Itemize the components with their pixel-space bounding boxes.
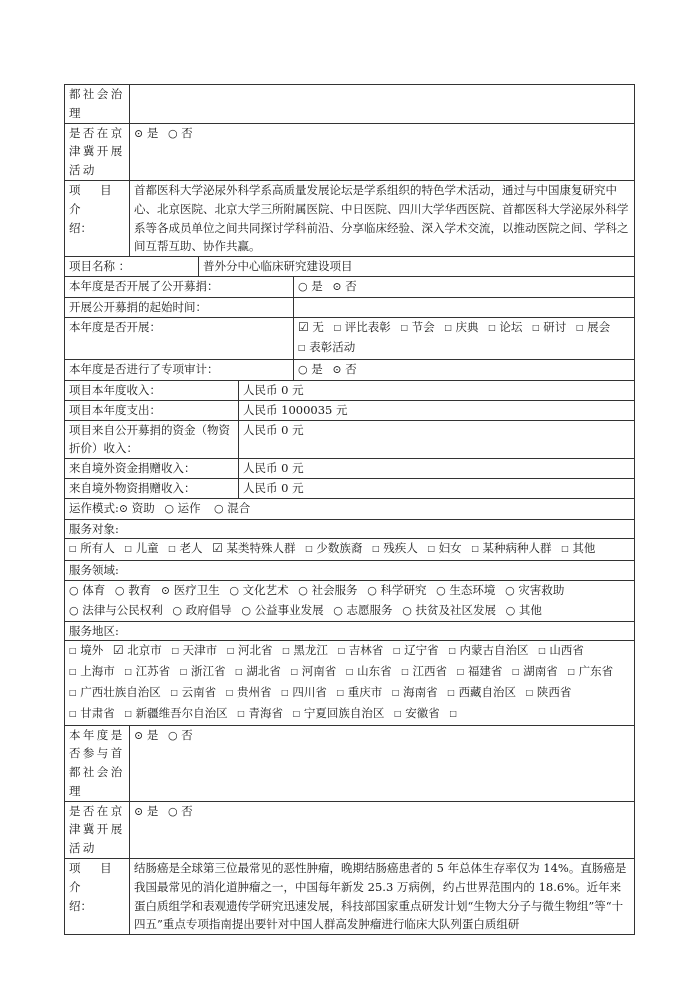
checkbox-region[interactable]: □ 江西省 — [401, 664, 447, 678]
finance-label: 项目来自公开募捐的资金（物资折价）收入： — [65, 420, 239, 459]
region-label: 江苏省 — [136, 664, 171, 678]
jingjinji-options: ⊙ 是 ○ 否 — [130, 801, 635, 858]
checkbox-women[interactable]: □ 妇女 — [427, 541, 461, 555]
radio-selected-icon: ⊙ — [134, 127, 143, 140]
checkbox-empty-icon: □ — [69, 688, 77, 697]
radio-culture-art[interactable]: ○ 文化艺术 — [229, 583, 288, 597]
capital-governance-label: 都社会治理 — [65, 85, 130, 124]
checkbox-empty-icon: □ — [235, 667, 243, 676]
checkbox-region[interactable]: □ 福建省 — [457, 664, 503, 678]
checkbox-region[interactable]: □ 海南省 — [392, 685, 438, 699]
checkbox-empty-icon: □ — [180, 667, 188, 676]
service-regions-options: □ 境外 ☑ 北京市 □ 天津市 □ 河北省 □ 黑龙江 □ 吉林省 □ 辽宁省… — [65, 641, 635, 725]
form-document: 都社会治理 是否在京津冀开展活动 ⊙ 是 ○ 否 项 目 介绍： 首都医科大学泌… — [64, 84, 634, 935]
checkbox-region[interactable]: □ 四川省 — [281, 685, 327, 699]
checkbox-festival[interactable]: □ 节会 — [400, 320, 434, 334]
checkbox-exhibition[interactable]: □ 展会 — [576, 320, 610, 334]
radio-scientific-research[interactable]: ○ 科学研究 — [367, 583, 426, 597]
radio-empty-icon: ○ — [164, 502, 174, 515]
region-label: 湖北省 — [246, 664, 281, 678]
checkbox-region[interactable]: □ 河北省 — [227, 643, 273, 657]
checkbox-empty-icon: □ — [526, 688, 534, 697]
checkbox-empty-icon: □ — [334, 323, 342, 332]
radio-selected-icon: ⊙ — [332, 363, 341, 376]
checkbox-empty-icon: □ — [69, 544, 77, 553]
checkbox-region[interactable]: □ 广东省 — [567, 664, 613, 678]
intro-label: 项 目 介绍： — [65, 180, 130, 256]
checkbox-empty-icon: □ — [291, 667, 299, 676]
region-label: 新疆维吾尔自治区 — [136, 706, 228, 720]
checkbox-region[interactable]: □ 黑龙江 — [282, 643, 328, 657]
radio-empty-icon: ○ — [402, 604, 412, 617]
region-label: 福建省 — [468, 664, 503, 678]
checkbox-region[interactable]: □ 宁夏回族自治区 — [293, 706, 385, 720]
finance-value: 人民币 0 元 — [239, 459, 635, 479]
intro-text: 首都医科大学泌尿外科学系高质量发展论坛是学系组织的特色学术活动，通过与中国康复研… — [130, 180, 635, 256]
checkbox-region[interactable]: □ 甘肃省 — [69, 706, 115, 720]
region-label: 青海省 — [248, 706, 283, 720]
checkbox-checked-icon: ☑ — [298, 320, 309, 334]
checkbox-empty-icon: □ — [393, 646, 401, 655]
service-fields-label: 服务领域: — [65, 561, 635, 581]
checkbox-other[interactable]: □ 其他 — [561, 541, 595, 555]
checkbox-empty-icon: □ — [293, 709, 301, 718]
checkbox-region[interactable]: □ 重庆市 — [337, 685, 383, 699]
checkbox-empty-icon: □ — [237, 709, 245, 718]
finance-value: 人民币 0 元 — [239, 420, 635, 459]
row-capital-governance-1: 都社会治理 — [65, 85, 635, 124]
checkbox-empty-icon: □ — [338, 646, 346, 655]
checkbox-forum[interactable]: □ 论坛 — [488, 320, 522, 334]
radio-no[interactable]: ⊙ 否 — [332, 362, 356, 376]
checkbox-region[interactable]: □ 境外 — [69, 643, 103, 657]
checkbox-empty-icon: □ — [392, 688, 400, 697]
checkbox-empty-icon: □ — [567, 667, 575, 676]
radio-empty-icon: ○ — [506, 604, 516, 617]
checkbox-region[interactable]: □ 浙江省 — [180, 664, 226, 678]
checkbox-empty-icon: □ — [401, 667, 409, 676]
intro-text: 结肠癌是全球第三位最常见的恶性肿瘤，晚期结肠癌患者的 5 年总体生存率仅为 14… — [130, 859, 635, 935]
checkbox-everyone[interactable]: □ 所有人 — [69, 541, 115, 555]
checkbox-region[interactable]: □ 山西省 — [538, 643, 584, 657]
checkbox-empty-icon: □ — [532, 323, 540, 332]
row-finance-foreign-goods: 来自境外物资捐赠收入： 人民币 0 元 — [65, 478, 635, 498]
row-service-fields-label: 服务领域: — [65, 561, 635, 581]
checkbox-empty-icon: □ — [171, 646, 179, 655]
radio-education[interactable]: ○ 教育 — [115, 583, 151, 597]
region-label: 云南省 — [182, 685, 217, 699]
region-label: 北京市 — [127, 643, 162, 657]
radio-no[interactable]: ○ 否 — [168, 126, 193, 140]
region-label: 河南省 — [302, 664, 337, 678]
finance-label: 来自境外资金捐赠收入： — [65, 459, 239, 479]
checkbox-empty-icon: □ — [298, 343, 306, 352]
region-label: 上海市 — [80, 664, 115, 678]
region-label: 安徽省 — [405, 706, 440, 720]
checkbox-empty-icon: □ — [400, 323, 408, 332]
service-fields-options: ○ 体育 ○ 教育 ⊙ 医疗卫生 ○ 文化艺术 ○ 社会服务 ○ 科学研究 ○ … — [65, 580, 635, 621]
operation-mode-cell: 运作模式:⊙ 资助 ○ 运作 ○ 混合 — [65, 498, 635, 519]
region-label: 宁夏回族自治区 — [304, 706, 385, 720]
project-form-table: 都社会治理 是否在京津冀开展活动 ⊙ 是 ○ 否 项 目 介绍： 首都医科大学泌… — [64, 84, 635, 935]
capital-governance-label: 本年度是否参与首都社会治理 — [65, 725, 130, 801]
fundraising-start-label: 开展公开募捐的起始时间： — [65, 297, 294, 317]
radio-no[interactable]: ○ 否 — [168, 804, 193, 818]
finance-value: 人民币 1000035 元 — [239, 400, 635, 420]
region-label: 山西省 — [549, 643, 584, 657]
radio-grant[interactable]: ⊙ 资助 — [119, 501, 155, 515]
checkbox-region[interactable]: □ 上海市 — [69, 664, 115, 678]
checkbox-empty-icon: □ — [170, 688, 178, 697]
checkbox-elderly[interactable]: □ 老人 — [168, 541, 202, 555]
radio-social-services[interactable]: ○ 社会服务 — [298, 583, 357, 597]
region-label: 湖南省 — [523, 664, 558, 678]
region-label: 海南省 — [403, 685, 438, 699]
service-regions-label: 服务地区: — [65, 621, 635, 641]
checkbox-empty-icon: □ — [69, 646, 77, 655]
checkbox-empty-icon: □ — [124, 667, 132, 676]
region-label: 吉林省 — [349, 643, 384, 657]
finance-label: 项目本年度支出： — [65, 400, 239, 420]
row-special-audit: 本年度是否进行了专项审计： ○ 是 ⊙ 否 — [65, 360, 635, 381]
row-service-regions: □ 境外 ☑ 北京市 □ 天津市 □ 河北省 □ 黑龙江 □ 吉林省 □ 辽宁省… — [65, 641, 635, 725]
row-service-fields: ○ 体育 ○ 教育 ⊙ 医疗卫生 ○ 文化艺术 ○ 社会服务 ○ 科学研究 ○ … — [65, 580, 635, 621]
radio-policy-advocacy[interactable]: ○ 政府倡导 — [172, 603, 231, 617]
radio-empty-icon: ○ — [168, 805, 178, 818]
checkbox-empty-icon: □ — [227, 646, 235, 655]
radio-empty-icon: ○ — [241, 604, 251, 617]
region-label: 黑龙江 — [293, 643, 328, 657]
row-service-targets: □ 所有人 □ 儿童 □ 老人 ☑ 某类特殊人群 □ 少数族裔 □ 残疾人 □ … — [65, 539, 635, 561]
checkbox-region[interactable]: □ 西藏自治区 — [447, 685, 516, 699]
checkbox-empty-icon: □ — [457, 667, 465, 676]
checkbox-disease-groups[interactable]: □ 某种病种人群 — [471, 541, 551, 555]
radio-empty-icon: ○ — [214, 502, 224, 515]
radio-yes[interactable]: ⊙ 是 — [134, 126, 158, 140]
radio-no[interactable]: ○ 否 — [168, 728, 193, 742]
checkbox-region[interactable]: □ 新疆维吾尔自治区 — [124, 706, 227, 720]
row-finance-public-fundraising: 项目来自公开募捐的资金（物资折价）收入： 人民币 0 元 — [65, 420, 635, 459]
service-targets-label: 服务对象: — [65, 519, 635, 539]
checkbox-empty-icon: □ — [69, 709, 77, 718]
checkbox-children[interactable]: □ 儿童 — [124, 541, 158, 555]
radio-yes[interactable]: ○ 是 — [298, 279, 323, 293]
jingjinji-options: ⊙ 是 ○ 否 — [130, 123, 635, 180]
activities-label: 本年度是否开展： — [65, 317, 294, 360]
capital-governance-options: ⊙ 是 ○ 否 — [130, 725, 635, 801]
checkbox-empty-icon: □ — [69, 667, 77, 676]
radio-volunteer[interactable]: ○ 志愿服务 — [333, 603, 392, 617]
finance-label: 来自境外物资捐赠收入： — [65, 478, 239, 498]
region-label: 广东省 — [579, 664, 614, 678]
region-label: 西藏自治区 — [458, 685, 516, 699]
finance-label: 项目本年度收入： — [65, 380, 239, 400]
radio-empty-icon: ○ — [168, 729, 178, 742]
checkbox-empty-icon: □ — [576, 323, 584, 332]
radio-yes[interactable]: ⊙ 是 — [134, 804, 158, 818]
radio-empty-icon: ○ — [505, 584, 515, 597]
radio-other[interactable]: ○ 其他 — [506, 603, 542, 617]
checkbox-empty-icon: □ — [488, 323, 496, 332]
row-activities: 本年度是否开展： ☑ 无 □ 评比表彰 □ 节会 □ 庆典 □ 论坛 □ 研讨 … — [65, 317, 635, 360]
radio-selected-icon: ⊙ — [332, 280, 341, 293]
checkbox-region[interactable]: □ 湖北省 — [235, 664, 281, 678]
checkbox-empty-icon: □ — [394, 709, 402, 718]
checkbox-empty-icon: □ — [538, 646, 546, 655]
service-targets-options: □ 所有人 □ 儿童 □ 老人 ☑ 某类特殊人群 □ 少数族裔 □ 残疾人 □ … — [65, 539, 635, 561]
checkbox-region[interactable]: □ — [449, 706, 457, 720]
row-finance-income: 项目本年度收入： 人民币 0 元 — [65, 380, 635, 400]
checkbox-region[interactable]: □ 吉林省 — [338, 643, 384, 657]
region-label: 四川省 — [292, 685, 327, 699]
checkbox-empty-icon: □ — [124, 544, 132, 553]
checkbox-commendation[interactable]: □ 表彰活动 — [298, 340, 355, 354]
capital-governance-value — [130, 85, 635, 124]
row-service-targets-label: 服务对象: — [65, 519, 635, 539]
checkbox-checked-icon: ☑ — [113, 643, 124, 657]
radio-empty-icon: ○ — [172, 604, 182, 617]
checkbox-region[interactable]: □ 广西壮族自治区 — [69, 685, 161, 699]
radio-empty-icon: ○ — [69, 604, 79, 617]
checkbox-empty-icon: □ — [449, 709, 457, 718]
finance-value: 人民币 0 元 — [239, 478, 635, 498]
checkbox-region[interactable]: □ 湖南省 — [512, 664, 558, 678]
row-operation-mode: 运作模式:⊙ 资助 ○ 运作 ○ 混合 — [65, 498, 635, 519]
row-project-name: 项目名称 ： 普外分中心临床研究建设项目 — [65, 257, 635, 277]
checkbox-celebration[interactable]: □ 庆典 — [444, 320, 478, 334]
special-audit-label: 本年度是否进行了专项审计： — [65, 360, 294, 381]
row-fundraising-start: 开展公开募捐的起始时间： — [65, 297, 635, 317]
radio-healthcare[interactable]: ⊙ 医疗卫生 — [161, 583, 220, 597]
checkbox-awards[interactable]: □ 评比表彰 — [334, 320, 391, 334]
intro-label: 项 目 介绍： — [65, 859, 130, 935]
checkbox-region[interactable]: □ 安徽省 — [394, 706, 440, 720]
checkbox-region[interactable]: □ 山东省 — [346, 664, 392, 678]
radio-mixed[interactable]: ○ 混合 — [214, 501, 250, 515]
checkbox-region[interactable]: □ 云南省 — [170, 685, 216, 699]
radio-selected-icon: ⊙ — [134, 729, 143, 742]
checkbox-empty-icon: □ — [372, 544, 380, 553]
checkbox-region[interactable]: □ 天津市 — [171, 643, 217, 657]
row-intro-2: 项 目 介绍： 结肠癌是全球第三位最常见的恶性肿瘤，晚期结肠癌患者的 5 年总体… — [65, 859, 635, 935]
jingjinji-label: 是否在京津冀开展活动 — [65, 123, 130, 180]
radio-no[interactable]: ⊙ 否 — [332, 279, 356, 293]
checkbox-empty-icon: □ — [512, 667, 520, 676]
region-label: 江西省 — [412, 664, 447, 678]
checkbox-empty-icon: □ — [427, 544, 435, 553]
checkbox-region[interactable]: □ 青海省 — [237, 706, 283, 720]
radio-yes[interactable]: ○ 是 — [298, 362, 323, 376]
radio-operate[interactable]: ○ 运作 — [164, 501, 200, 515]
radio-sports[interactable]: ○ 体育 — [69, 583, 105, 597]
checkbox-region[interactable]: □ 陕西省 — [526, 685, 572, 699]
checkbox-empty-icon: □ — [561, 544, 569, 553]
radio-empty-icon: ○ — [229, 584, 239, 597]
checkbox-seminar[interactable]: □ 研讨 — [532, 320, 566, 334]
checkbox-region[interactable]: □ 贵州省 — [226, 685, 272, 699]
jingjinji-label: 是否在京津冀开展活动 — [65, 801, 130, 858]
project-name-label: 项目名称 ： — [65, 257, 199, 277]
checkbox-region[interactable]: ☑ 北京市 — [113, 643, 162, 657]
region-label: 浙江省 — [191, 664, 226, 678]
region-label: 贵州省 — [237, 685, 272, 699]
checkbox-region[interactable]: □ 内蒙古自治区 — [448, 643, 528, 657]
row-jingjinji-2: 是否在京津冀开展活动 ⊙ 是 ○ 否 — [65, 801, 635, 858]
radio-disaster-relief[interactable]: ○ 灾害救助 — [505, 583, 564, 597]
checkbox-empty-icon: □ — [346, 667, 354, 676]
radio-poverty-community[interactable]: ○ 扶贫及社区发展 — [402, 603, 496, 617]
radio-empty-icon: ○ — [115, 584, 125, 597]
row-intro-1: 项 目 介绍： 首都医科大学泌尿外科学系高质量发展论坛是学系组织的特色学术活动，… — [65, 180, 635, 256]
activities-options: ☑ 无 □ 评比表彰 □ 节会 □ 庆典 □ 论坛 □ 研讨 □ 展会 □ 表彰… — [294, 317, 635, 360]
row-capital-governance-2: 本年度是否参与首都社会治理 ⊙ 是 ○ 否 — [65, 725, 635, 801]
public-fundraising-label: 本年度是否开展了公开募捐： — [65, 276, 294, 297]
checkbox-disabled[interactable]: □ 残疾人 — [372, 541, 418, 555]
checkbox-empty-icon: □ — [471, 544, 479, 553]
radio-ecology[interactable]: ○ 生态环境 — [436, 583, 495, 597]
radio-public-welfare[interactable]: ○ 公益事业发展 — [241, 603, 323, 617]
region-label: 山东省 — [357, 664, 392, 678]
project-name-value: 普外分中心临床研究建设项目 — [199, 257, 635, 277]
radio-empty-icon: ○ — [69, 584, 79, 597]
special-audit-options: ○ 是 ⊙ 否 — [294, 360, 635, 381]
region-label: 陕西省 — [537, 685, 572, 699]
checkbox-region[interactable]: □ 河南省 — [291, 664, 337, 678]
checkbox-ethnic-minorities[interactable]: □ 少数族裔 — [305, 541, 362, 555]
radio-empty-icon: ○ — [168, 127, 178, 140]
radio-empty-icon: ○ — [298, 584, 308, 597]
row-service-regions-label: 服务地区: — [65, 621, 635, 641]
checkbox-region[interactable]: □ 江苏省 — [124, 664, 170, 678]
region-label: 甘肃省 — [80, 706, 115, 720]
checkbox-none[interactable]: ☑ 无 — [298, 320, 324, 334]
checkbox-region[interactable]: □ 辽宁省 — [393, 643, 439, 657]
checkbox-checked-icon: ☑ — [212, 541, 223, 555]
checkbox-empty-icon: □ — [448, 646, 456, 655]
radio-empty-icon: ○ — [333, 604, 343, 617]
checkbox-empty-icon: □ — [282, 646, 290, 655]
region-label: 重庆市 — [348, 685, 383, 699]
radio-yes[interactable]: ⊙ 是 — [134, 728, 158, 742]
region-label: 境外 — [80, 643, 103, 657]
row-public-fundraising: 本年度是否开展了公开募捐： ○ 是 ⊙ 否 — [65, 276, 635, 297]
radio-empty-icon: ○ — [298, 363, 308, 376]
radio-empty-icon: ○ — [367, 584, 377, 597]
checkbox-empty-icon: □ — [168, 544, 176, 553]
radio-selected-icon: ⊙ — [119, 502, 128, 515]
finance-value: 人民币 0 元 — [239, 380, 635, 400]
checkbox-empty-icon: □ — [444, 323, 452, 332]
checkbox-empty-icon: □ — [124, 709, 132, 718]
checkbox-empty-icon: □ — [281, 688, 289, 697]
region-label: 广西壮族自治区 — [80, 685, 161, 699]
radio-selected-icon: ⊙ — [134, 805, 143, 818]
row-finance-expense: 项目本年度支出： 人民币 1000035 元 — [65, 400, 635, 420]
public-fundraising-options: ○ 是 ⊙ 否 — [294, 276, 635, 297]
region-label: 辽宁省 — [404, 643, 439, 657]
radio-law-civil-rights[interactable]: ○ 法律与公民权利 — [69, 603, 163, 617]
checkbox-empty-icon: □ — [305, 544, 313, 553]
region-label: 天津市 — [183, 643, 218, 657]
checkbox-empty-icon: □ — [226, 688, 234, 697]
checkbox-special-groups[interactable]: ☑ 某类特殊人群 — [212, 541, 295, 555]
radio-empty-icon: ○ — [298, 280, 308, 293]
region-label: 河北省 — [238, 643, 273, 657]
operation-mode-label: 运作模式: — [69, 501, 119, 515]
region-label: 内蒙古自治区 — [460, 643, 529, 657]
row-finance-foreign-funds: 来自境外资金捐赠收入： 人民币 0 元 — [65, 459, 635, 479]
radio-empty-icon: ○ — [436, 584, 446, 597]
fundraising-start-value — [294, 297, 635, 317]
checkbox-empty-icon: □ — [337, 688, 345, 697]
checkbox-empty-icon: □ — [447, 688, 455, 697]
radio-selected-icon: ⊙ — [161, 584, 170, 597]
row-jingjinji-1: 是否在京津冀开展活动 ⊙ 是 ○ 否 — [65, 123, 635, 180]
